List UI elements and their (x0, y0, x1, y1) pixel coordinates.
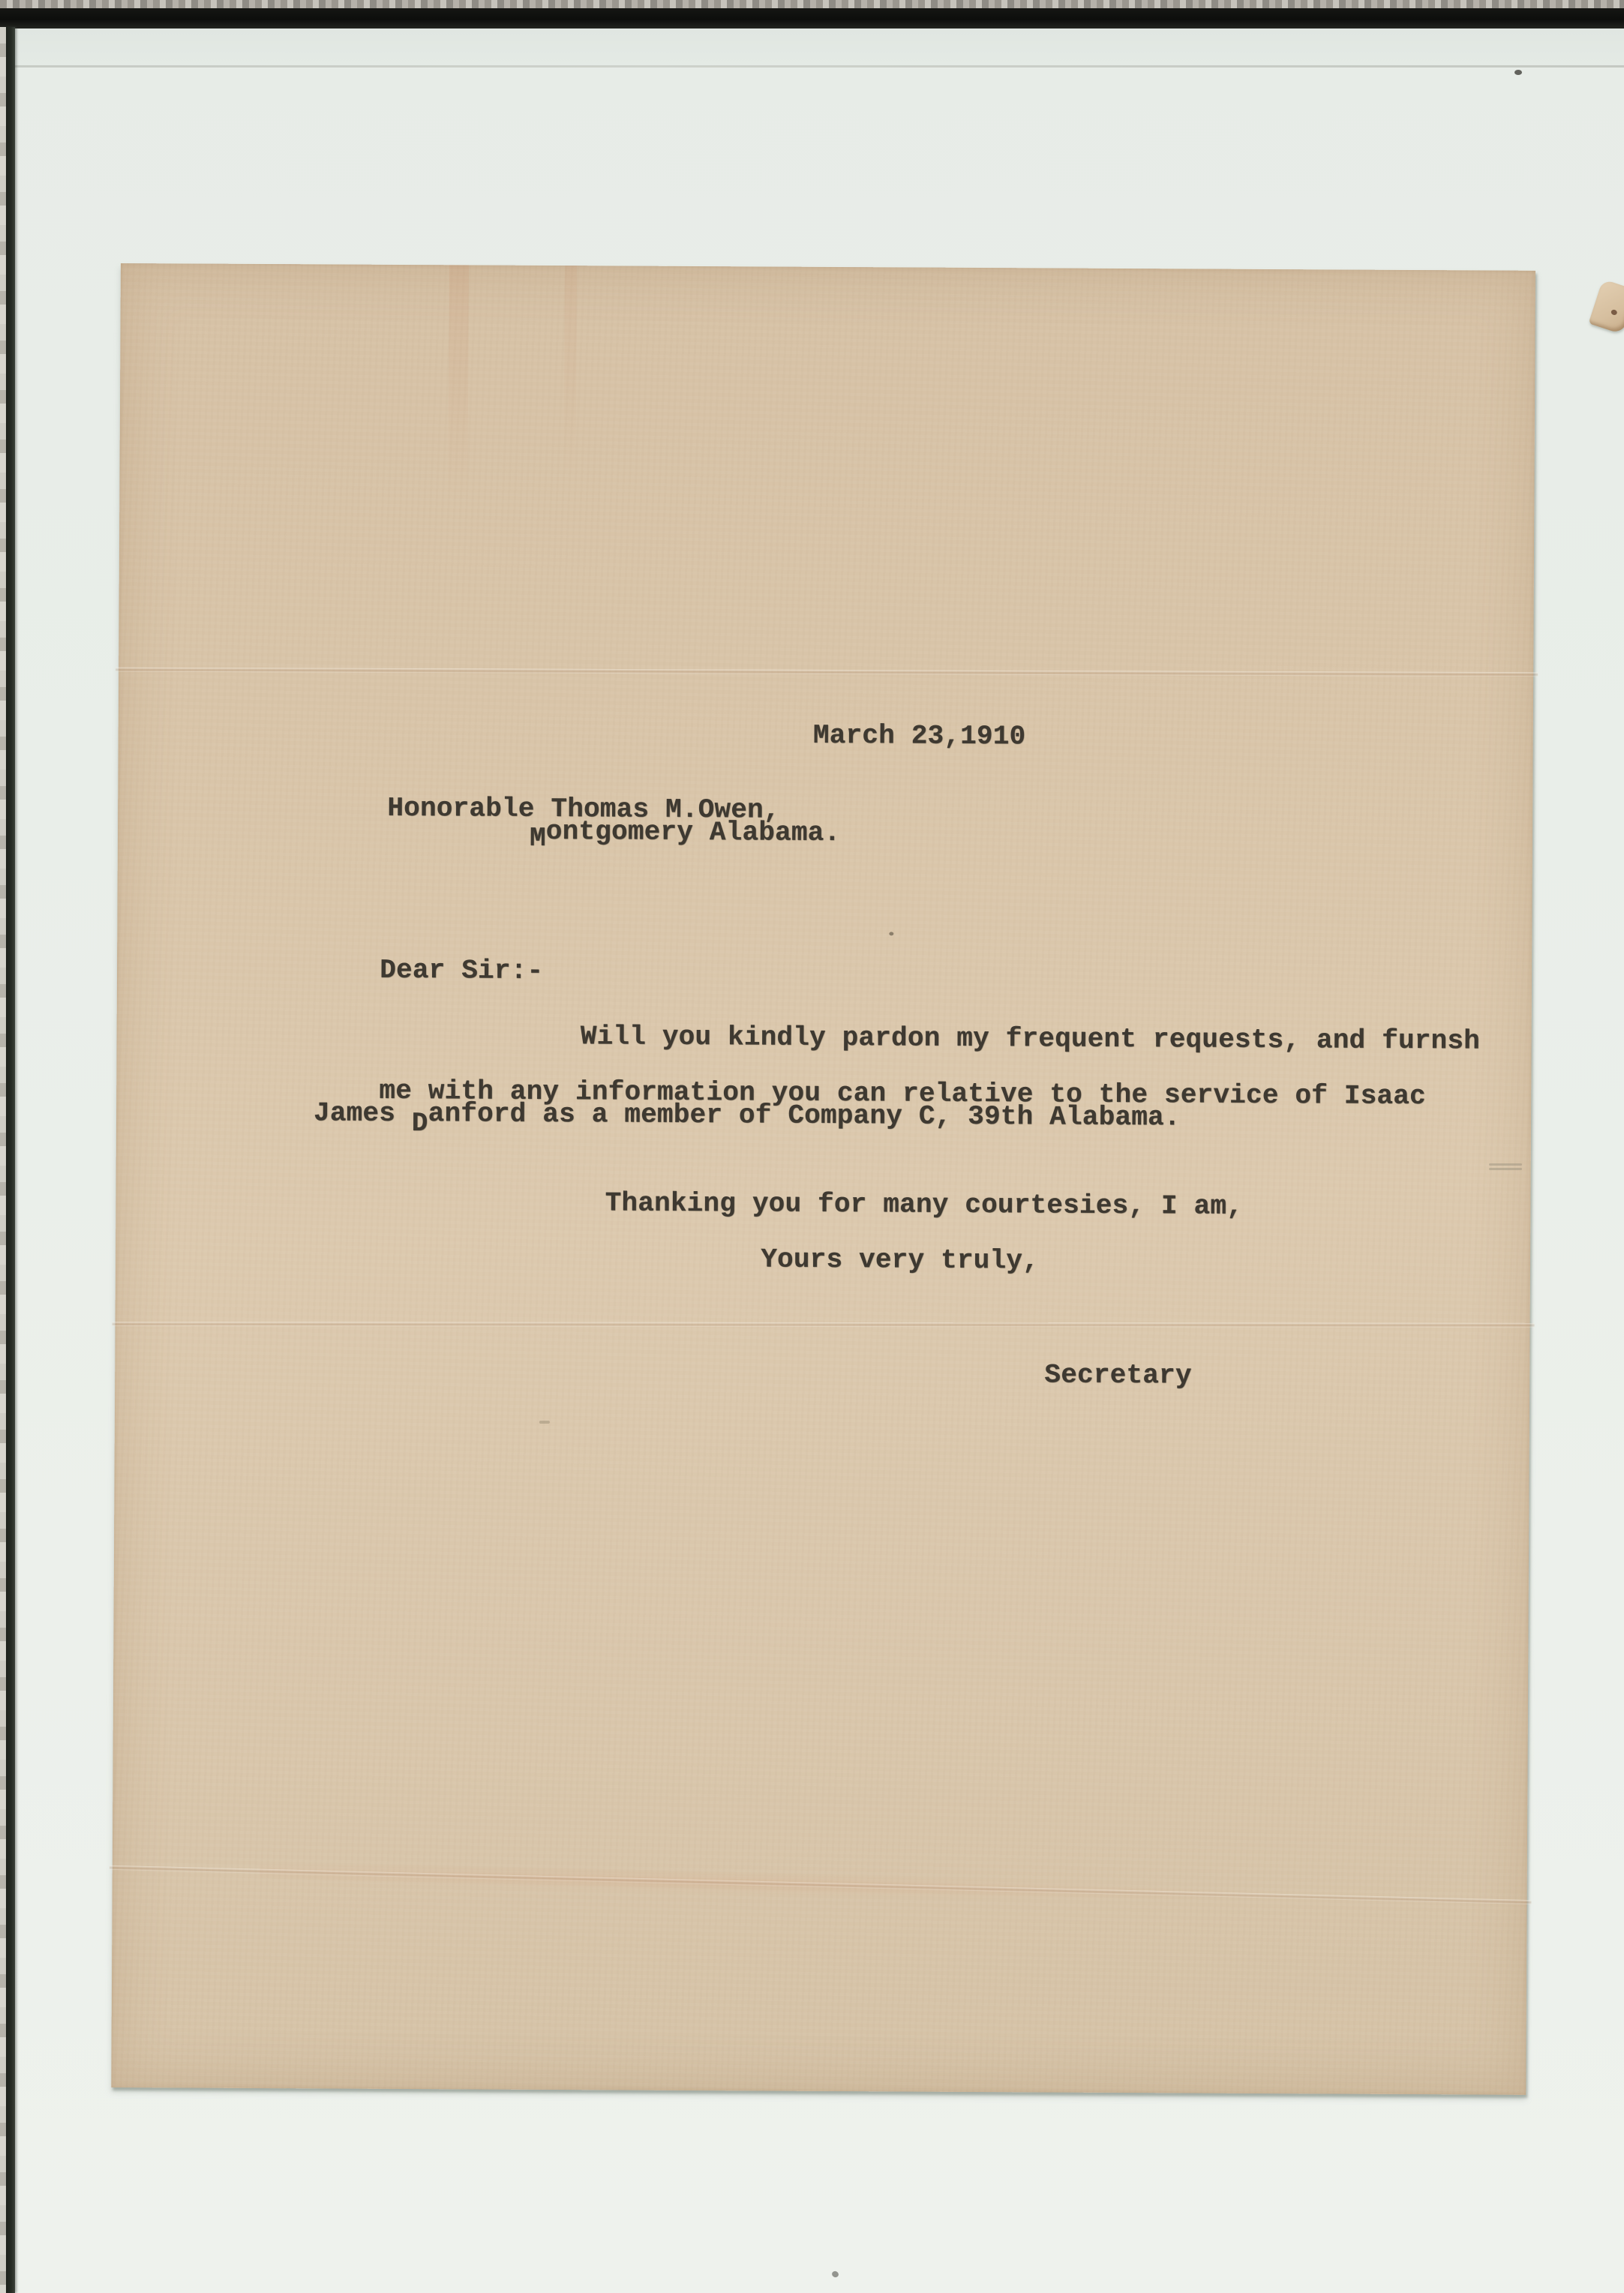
valediction-text: Yours very truly, (761, 1244, 1039, 1276)
body-line-3-rest: anford as a member of Company C, 39th Al… (428, 1098, 1181, 1133)
salutation-text: Dear Sir:- (380, 955, 543, 986)
scanner-upper-margin (0, 29, 1624, 66)
scanner-left-dark-stripe (6, 27, 15, 2293)
recipient-city-text: ontgomery Alabama. (546, 816, 841, 848)
scan-speck (1514, 70, 1522, 75)
fold-crease-top (116, 668, 1538, 677)
scanner-left-edge-mottle (0, 27, 6, 2293)
paper-curl-fragment (1589, 279, 1624, 335)
valediction-line: Yours very truly, (695, 1210, 1040, 1310)
pencil-smudge (1489, 1161, 1522, 1173)
signature-title-text: Secretary (1044, 1359, 1191, 1391)
body-line-3-dropped-initial: D (412, 1108, 428, 1139)
paper-smudge (539, 1421, 550, 1424)
date-text: March 23,1910 (813, 720, 1026, 752)
body-line-3-pre: James (314, 1097, 412, 1129)
signature-title-line: Secretary (979, 1325, 1192, 1425)
ink-speck (889, 932, 893, 935)
scanned-letter-screenshot: { "scan": { "background_color": "#e9eee9… (0, 0, 1624, 2293)
salutation-line: Dear Sir:- (314, 920, 544, 1021)
scanner-scratch-line (0, 65, 1624, 68)
paper-stain-streak (564, 266, 577, 476)
date-line: March 23,1910 (747, 686, 1025, 786)
fold-crease-middle (113, 1322, 1535, 1328)
scanner-black-band (0, 8, 1624, 29)
letter-paper: March 23,1910 Honorable Thomas M.Owen, M… (111, 263, 1535, 2095)
recipient-city-line: Montgomery Alabama. (530, 815, 841, 883)
fold-crease-bottom (110, 1865, 1532, 1904)
recipient-city-dropped-initial: M (530, 823, 546, 854)
scan-speck (831, 2270, 840, 2278)
paper-stain-streak (448, 265, 469, 505)
